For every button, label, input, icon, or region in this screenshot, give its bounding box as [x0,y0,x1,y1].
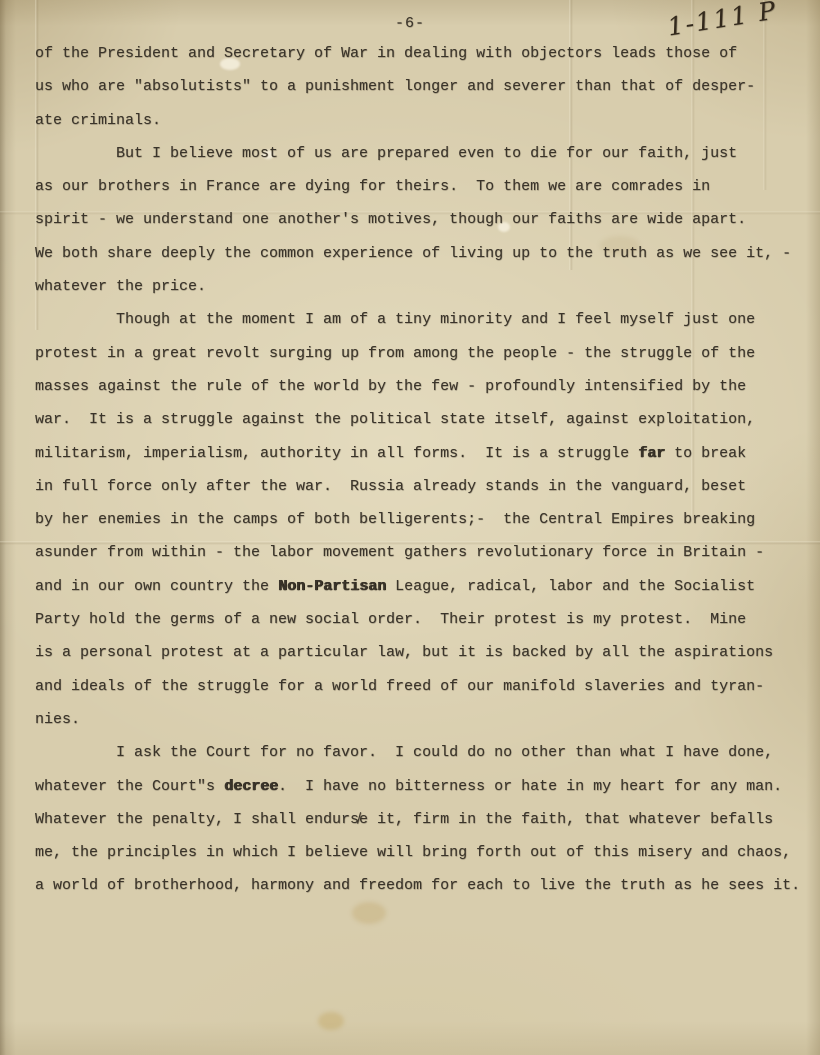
text-segment: is a personal protest at a particular la… [35,644,773,661]
text-segment: and in our own country the [35,578,278,595]
typed-line: Party hold the germs of a new social ord… [35,603,820,636]
text-segment: But I believe most of us are prepared ev… [35,145,737,162]
text-segment: of the President and Secretary of War in… [35,45,737,62]
typed-line: whatever the Court"s decree. I have no b… [35,770,820,803]
typed-line: spirit - we understand one another's mot… [35,203,820,236]
text-segment: war. It is a struggle against the politi… [35,411,755,428]
typed-text: of the President and Secretary of War in… [35,37,820,903]
text-segment: me, the principles in which I believe wi… [35,844,791,861]
text-segment: a world of brotherhood, harmony and free… [35,877,800,894]
typed-line: a world of brotherhood, harmony and free… [35,869,820,902]
typed-line: as our brothers in France are dying for … [35,170,820,203]
text-segment: masses against the rule of the world by … [35,378,746,395]
typed-line: by her enemies in the camps of both bell… [35,503,820,536]
text-segment: whatever the price. [35,278,206,295]
text-segment: ate criminals. [35,112,161,129]
overstruck-word: decree [224,778,278,795]
text-segment: I ask the Court for no favor. I could do… [35,744,773,761]
text-segment: asunder from within - the labor movement… [35,544,764,561]
typed-line: me, the principles in which I believe wi… [35,836,820,869]
text-segment: us who are "absolutists" to a punishment… [35,78,755,95]
text-segment: and ideals of the struggle for a world f… [35,678,764,695]
text-segment: to break [665,445,746,462]
text-segment: protest in a great revolt surging up fro… [35,345,755,362]
handwritten-annotation: 1-111 P [666,0,780,41]
text-segment: by her enemies in the camps of both bell… [35,511,755,528]
typed-line: whatever the price. [35,270,820,303]
text-segment: Whatever the penalty, I shall endurs̸e i… [35,811,773,828]
typed-line: in full force only after the war. Russia… [35,470,820,503]
typed-line: Though at the moment I am of a tiny mino… [35,303,820,336]
typed-line: I ask the Court for no favor. I could do… [35,736,820,769]
typed-line: of the President and Secretary of War in… [35,37,820,70]
text-segment: . I have no bitterness or hate in my hea… [278,778,782,795]
typed-line: nies. [35,703,820,736]
typed-line: protest in a great revolt surging up fro… [35,337,820,370]
typed-line: war. It is a struggle against the politi… [35,403,820,436]
typed-line: We both share deeply the common experien… [35,237,820,270]
paper-stain [352,902,386,924]
text-segment: whatever the Court"s [35,778,224,795]
typed-line: But I believe most of us are prepared ev… [35,137,820,170]
typed-line: is a personal protest at a particular la… [35,636,820,669]
overstruck-word: far [638,445,665,462]
typed-line: masses against the rule of the world by … [35,370,820,403]
paper-stain [318,1012,344,1030]
typed-line: ate criminals. [35,104,820,137]
document-page: -6- 1-111 P of the President and Secreta… [0,0,820,1055]
text-segment: militarism, imperialism, authority in al… [35,445,638,462]
typed-line: Whatever the penalty, I shall endurs̸e i… [35,803,820,836]
typed-line: and ideals of the struggle for a world f… [35,670,820,703]
text-segment: League, radical, labor and the Socialist [386,578,755,595]
text-segment: We both share deeply the common experien… [35,245,791,262]
text-segment: spirit - we understand one another's mot… [35,211,746,228]
text-segment: Party hold the germs of a new social ord… [35,611,746,628]
overstruck-word: Non-Partisan [278,578,386,595]
typed-line: asunder from within - the labor movement… [35,536,820,569]
text-segment: nies. [35,711,80,728]
text-segment: Though at the moment I am of a tiny mino… [35,311,755,328]
typed-line: militarism, imperialism, authority in al… [35,437,820,470]
text-segment: as our brothers in France are dying for … [35,178,710,195]
typed-line: us who are "absolutists" to a punishment… [35,70,820,103]
typed-line: and in our own country the Non-Partisan … [35,570,820,603]
text-segment: in full force only after the war. Russia… [35,478,746,495]
